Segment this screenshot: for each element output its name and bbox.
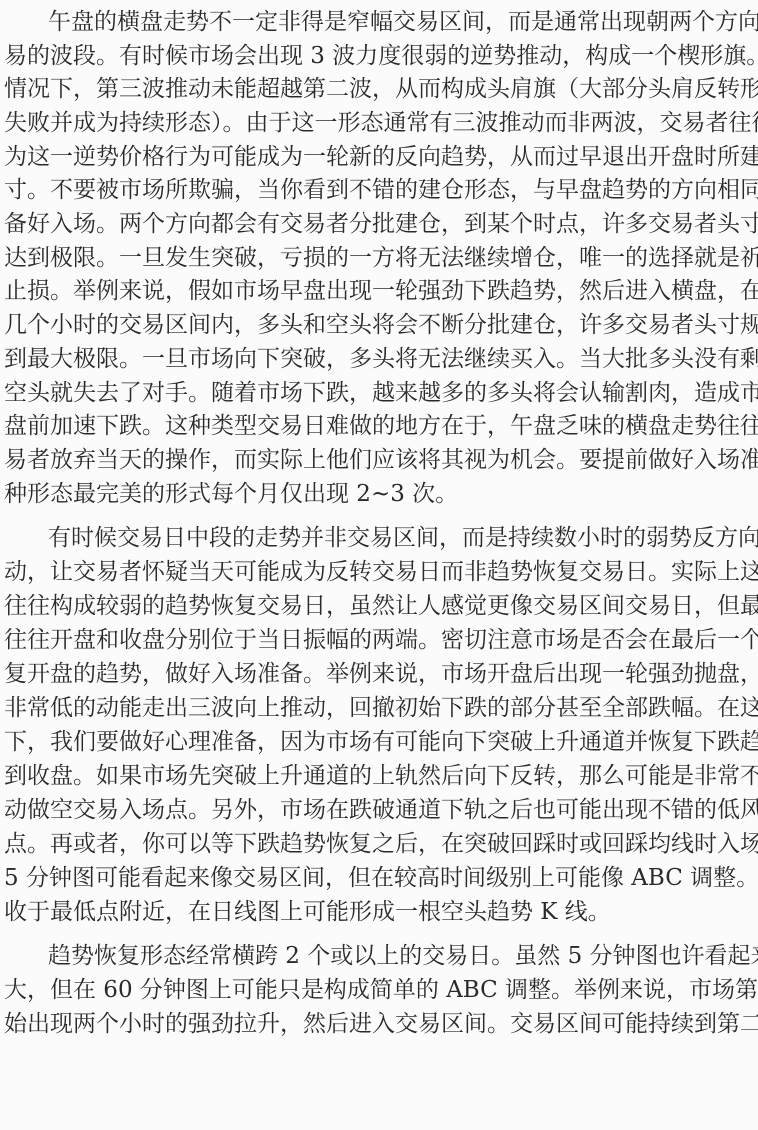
paragraph-1-line-2: 易的波段。有时候市场会出现 3 波力度很弱的逆势推动，构成一个楔形旗。另一些: [4, 39, 746, 73]
paragraph-1-line-4: 失败并成为持续形态）。由于这一形态通常有三波推动而非两波，交易者往往误以: [4, 106, 746, 140]
paragraph-1-line-13: 盘前加速下跌。这种类型交易日难做的地方在于，午盘乏味的横盘走势往往会让交: [4, 409, 746, 443]
paragraph-1-line-6: 寸。不要被市场所欺骗，当你看到不错的建仓形态，与早盘趋势的方向相同，要准: [4, 173, 746, 207]
paragraph-2-line-8: 到收盘。如果市场先突破上升通道的上轨然后向下反转，那么可能是非常不错的摆: [4, 759, 746, 793]
paragraph-1-line-10: 几个小时的交易区间内，多头和空头将会不断分批建仓，许多交易者头寸规模将达: [4, 308, 746, 342]
paragraph-1-line-5: 为这一逆势价格行为可能成为一轮新的反向趋势，从而过早退出开盘时所建立的头: [4, 140, 746, 174]
paragraph-2-line-10: 点。再或者，你可以等下跌趋势恢复之后，在突破回踩时或回踩均线时入场。虽然: [4, 827, 746, 861]
paragraph-2-line-7: 下，我们要做好心理准备，因为市场有可能向下突破上升通道并恢复下跌趋势，直: [4, 725, 746, 759]
paragraph-3-line-1: 趋势恢复形态经常横跨 2 个或以上的交易日。虽然 5 分钟图也许看起来波动很: [4, 939, 746, 973]
paragraph-1-line-11: 到最大极限。一旦市场向下突破，多头将无法继续买入。当大批多头没有剩余子弹，: [4, 342, 746, 376]
paragraph-2-line-2: 动，让交易者怀疑当天可能成为反转交易日而非趋势恢复交易日。实际上这种情况: [4, 555, 746, 589]
paragraph-1-line-12: 空头就失去了对手。随着市场下跌，越来越多的多头将会认输割肉，造成市场在收: [4, 376, 746, 410]
paragraph-2-line-3: 往往构成较弱的趋势恢复交易日，虽然让人感觉更像交易区间交易日，但最后结果: [4, 589, 746, 623]
paragraph-2-line-6: 非常低的动能走出三波向上推动，回撤初始下跌的部分甚至全部跌幅。在这种情况: [4, 691, 746, 725]
paragraph-2-line-5: 复开盘的趋势，做好入场准备。举例来说，市场开盘后出现一轮强劲抛盘，然后以: [4, 657, 746, 691]
paragraph-2-line-9: 动做空交易入场点。另外，市场在跌破通道下轨之后也可能出现不错的低风险做空: [4, 793, 746, 827]
paragraph-1-line-7: 备好入场。两个方向都会有交易者分批建仓，到某个时点，许多交易者头寸规模会: [4, 207, 746, 241]
paragraph-1-line-15: 种形态最完美的形式每个月仅出现 2~3 次。: [4, 477, 746, 511]
paragraph-3-line-2: 大，但在 60 分钟图上可能只是构成简单的 ABC 调整。举例来说，市场第一天一…: [4, 973, 746, 1007]
paragraph-1-line-1: 午盘的横盘走势不一定非得是窄幅交易区间，而是通常出现朝两个方向的可交: [4, 5, 746, 39]
paragraph-2-line-1: 有时候交易日中段的走势并非交易区间，而是持续数小时的弱势反方向趋势运: [4, 521, 746, 555]
paragraph-2-line-4: 往往开盘和收盘分别位于当日振幅的两端。密切注意市场是否会在最后一个小时恢: [4, 623, 746, 657]
paragraph-3-line-3: 始出现两个小时的强劲拉升，然后进入交易区间。交易区间可能持续到第二天头两: [4, 1007, 746, 1041]
paragraph-1-line-9: 止损。举例来说，假如市场早盘出现一轮强劲下跌趋势，然后进入横盘，在接下来: [4, 274, 746, 308]
paragraph-1-line-14: 易者放弃当天的操作，而实际上他们应该将其视为机会。要提前做好入场准备。这: [4, 443, 746, 477]
paragraph-1-line-8: 达到极限。一旦发生突破，亏损的一方将无法继续增仓，唯一的选择就是祈祷然后: [4, 241, 746, 275]
paragraph-1-line-3: 情况下，第三波推动未能超越第二波，从而构成头肩旗（大部分头肩反转形态都会: [4, 72, 746, 106]
paragraph-2-line-11: 5 分钟图可能看起来像交易区间，但在较高时间级别上可能像 ABC 调整。如果市场: [4, 861, 746, 895]
paragraph-2-line-12: 收于最低点附近，在日线图上可能形成一根空头趋势 K 线。: [4, 895, 746, 929]
